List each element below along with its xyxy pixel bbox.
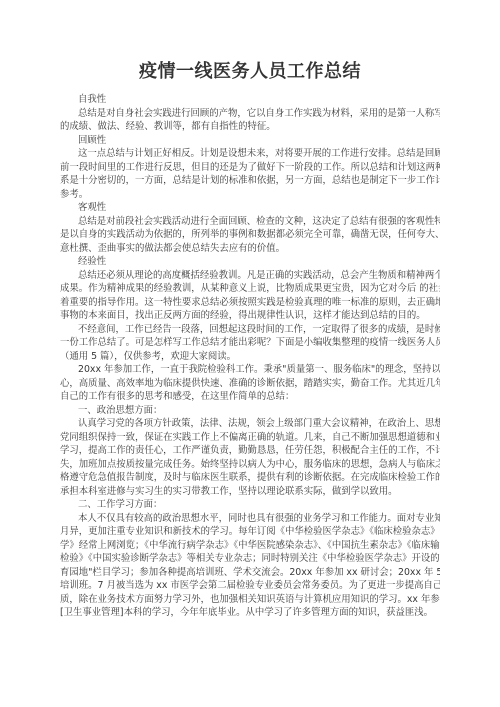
document-line: 本人不仅具有较高的政治思想水平，同时也具有很强的业务学习和工作能力。面对专业知识…	[60, 512, 440, 526]
document-body: 自我性总结是对自身社会实践进行回顾的产物，它以自身工作实践为材料，采用的是第一人…	[60, 93, 440, 620]
document-line: 检验》《中国实验诊断学杂志》等相关专业杂志；同时特别关注《中华检验医学杂志》开设…	[60, 552, 440, 566]
document-line: 总结是对前段社会实践活动进行全面回顾、检查的文种，这决定了总结有很强的客观性特征…	[60, 215, 440, 229]
document-line: 总结是对自身社会实践进行回顾的产物，它以自身工作实践为材料，采用的是第一人称写法…	[60, 107, 440, 121]
document-line: 这一点总结与计划正好相反。计划是设想未来，对将要开展的工作进行安排。总结是回顾过…	[60, 147, 440, 161]
document-line: 认真学习党的各项方针政策，法律、法规，领会上级部门重大会议精神，在政治上、思想上…	[60, 417, 440, 431]
document-line: 一、政治思想方面：	[60, 404, 440, 418]
document-line: 经验性	[60, 255, 440, 269]
document-line: 一份工作总结了。可是怎样写工作总结才能出彩呢？下面是小编收集整理的疫情一线医务人…	[60, 336, 440, 350]
document-line: 成果。作为精神成果的经验教训，从某种意义上说，比物质成果更宝贵，因为它对今后 的…	[60, 282, 440, 296]
document-line: 学习，提高工作的责任心，工作严谨负责，勤勤恳恳，任劳任怨，积极配合主任的工作，不…	[60, 444, 440, 458]
document-line: 意杜撰、歪曲事实的做法都会使总结失去应有的价值。	[60, 242, 440, 256]
document-line: 月异，更加注重专业知识和新技术的学习。每年订阅《中华检验医学杂志》《临床检验杂志…	[60, 525, 440, 539]
document-line: 育园地"栏目学习；参加各种提高培训班、学术交流会。20xx 年参加 xx 研讨会…	[60, 566, 440, 580]
document-line: 心，高质量、高效率地为临床提供快速、准确的诊断依据，踏踏实实，勤奋工作。尤其近几…	[60, 377, 440, 391]
document-page: 疫情一线医务人员工作总结 自我性总结是对自身社会实践进行回顾的产物，它以自身工作…	[0, 0, 500, 707]
document-line: （通用 5 篇），仅供参考，欢迎大家阅读。	[60, 350, 440, 364]
document-line: 20xx 年参加工作，一直于我院检验科工作。秉承"质量第一、服务临床"的理念，坚…	[60, 363, 440, 377]
document-line: 参考。	[60, 188, 440, 202]
document-line: 学》经常上网浏览；《中华流行病学杂志》《中华医院感染杂志》、《中国抗生素杂志》《…	[60, 539, 440, 553]
document-line: 事物的本来面目，找出正反两方面的经验，得出规律性认识，这样才能达到总结的目的。	[60, 309, 440, 323]
document-line: 是以自身的实践活动为依据的，所列举的事例和数据都必须完全可靠，确凿无误，任何夸大…	[60, 228, 440, 242]
document-line: 党同组织保持一致，保证在实践工作上不偏离正确的轨道。几来，自己不断加强思想道德和…	[60, 431, 440, 445]
document-line: 不经意间，工作已经告一段落，回想起这段时间的工作，一定取得了很多的成绩，是时候仔…	[60, 323, 440, 337]
document-line: 系是十分密切的，一方面，总结是计划的标准和依据，另一方面，总结也是制定下一步工作…	[60, 174, 440, 188]
document-line: [卫生事业管理]本科的学习，今年年底毕业。从中学习了许多管理方面的知识，获益匪浅…	[60, 606, 440, 620]
document-line: 客观性	[60, 201, 440, 215]
document-title: 疫情一线医务人员工作总结	[0, 60, 500, 84]
document-line: 培训班。7 月被当选为 xx 市医学会第二届检验专业委员会常务委员。为了更进一步…	[60, 579, 440, 593]
document-line: 二、工作学习方面：	[60, 498, 440, 512]
document-line: 格遵守危急值报告制度，及时与临床医生联系，提供有利的诊断依据。在完成临床检验工作…	[60, 471, 440, 485]
document-line: 质，除在业务技术方面努力学习外，也加强相关知识英语与计算机应用知识的学习。xx …	[60, 593, 440, 607]
document-line: 失，加班加点按质按量完成任务。始终坚持以病人为中心，服务临床的思想，急病人与临床…	[60, 458, 440, 472]
document-line: 回顾性	[60, 134, 440, 148]
document-line: 的成绩、做法、经验、教训等，都有自指性的特征。	[60, 120, 440, 134]
document-line: 着重要的指导作用。这一特性要求总结必须按照实践是检验真理的唯一标准的原则，去正确…	[60, 296, 440, 310]
document-line: 自己的工作有很多的思考和感受，在这里作简单的总结：	[60, 390, 440, 404]
document-line: 承担本科室进修与实习生的实习带教工作，坚持以理论联系实际，做到学以致用。	[60, 485, 440, 499]
document-line: 总结还必须从理论的高度概括经验教训。凡是正确的实践活动，总会产生物质和精神两个方…	[60, 269, 440, 283]
document-line: 前一段时间里的工作进行反思，但目的还是为了做好下一阶段的工作。所以总结和计划这两…	[60, 161, 440, 175]
document-line: 自我性	[60, 93, 440, 107]
